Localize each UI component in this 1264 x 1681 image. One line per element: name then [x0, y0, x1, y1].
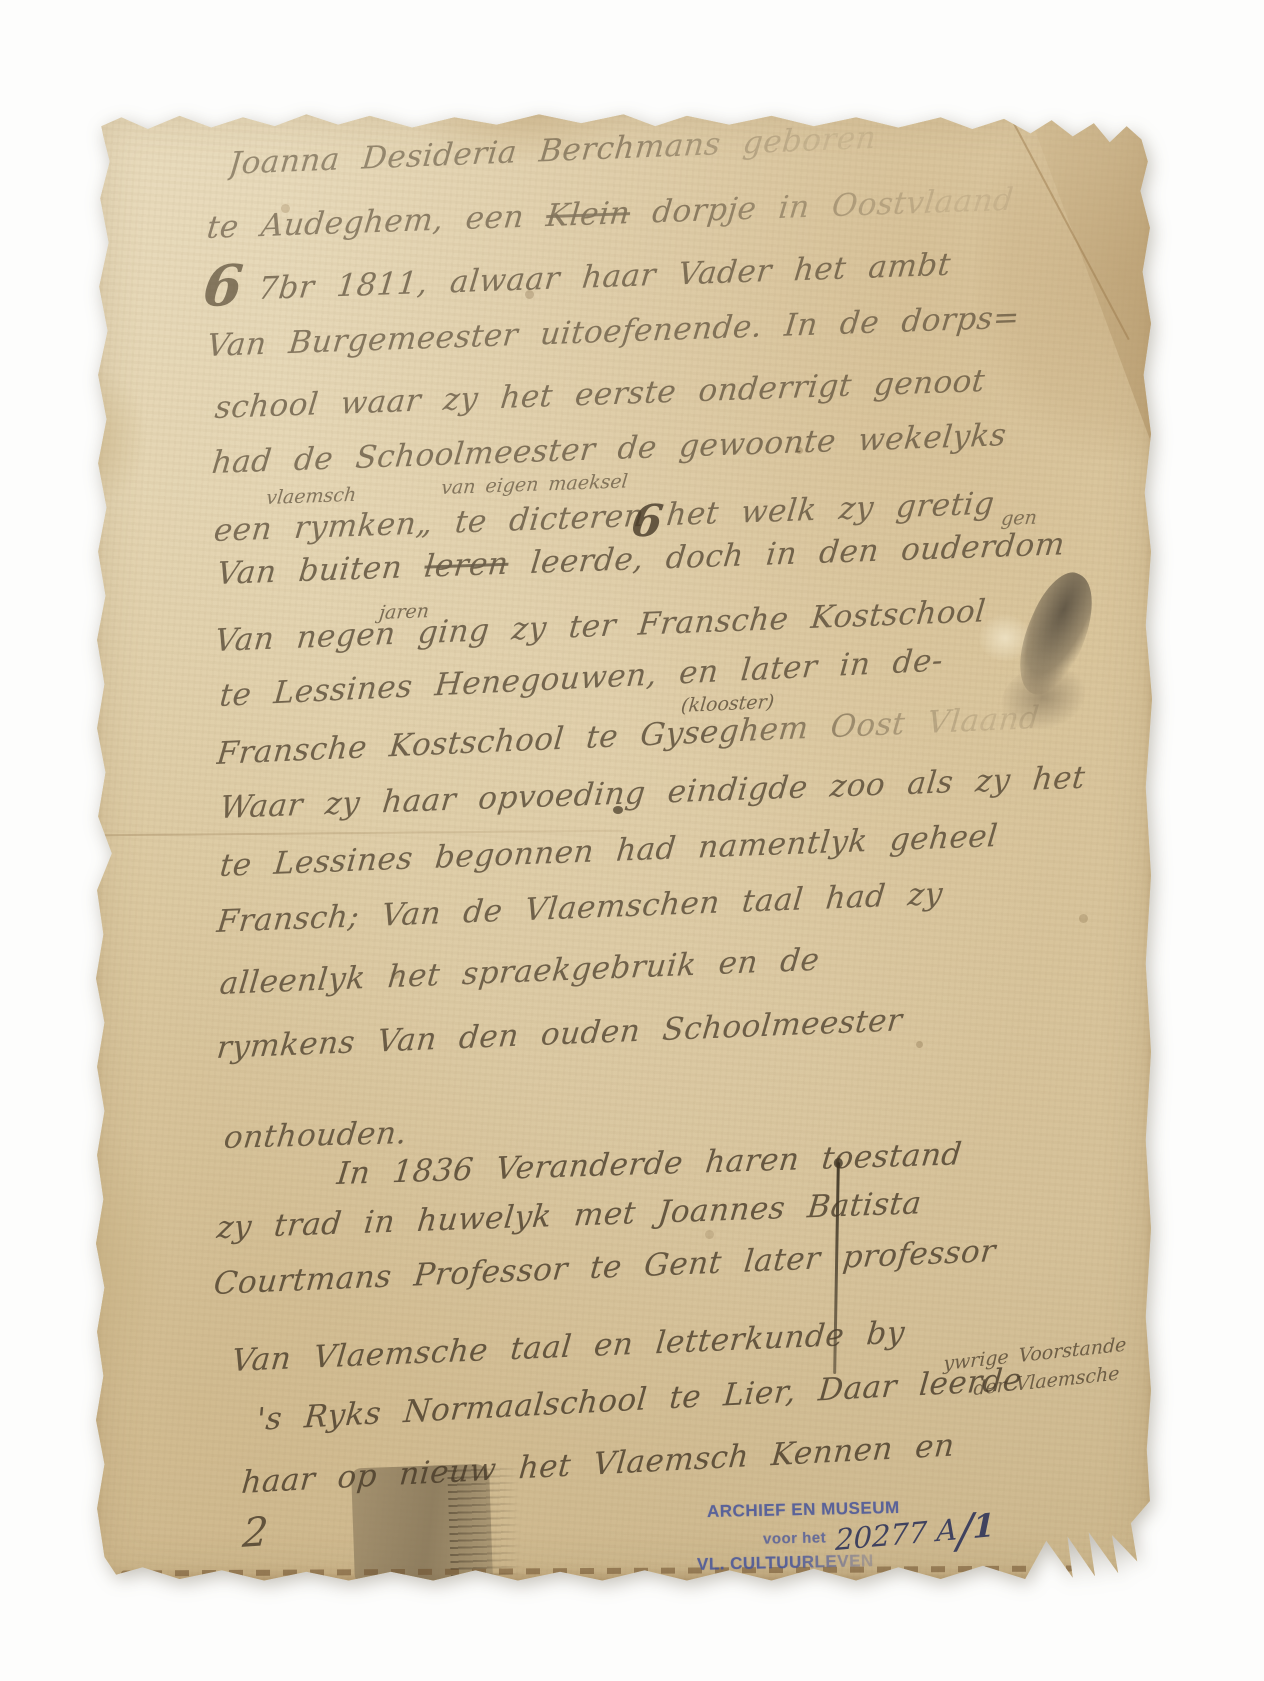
inventory-number-main: 20277 A — [835, 1512, 958, 1557]
struck-word: Klein — [544, 195, 632, 234]
interline-annotation: jaren — [378, 600, 430, 625]
paper-stain — [979, 615, 1031, 661]
manuscript-line: rymkens Van den ouden Schoolmeester — [215, 1002, 904, 1067]
line-text: onthouden. — [222, 1115, 409, 1156]
line-text: 7br 1811, alwaar haar Vader het ambt — [257, 247, 953, 307]
line-text: Van Vlaemsche taal en letterkunde by — [230, 1315, 907, 1379]
line-text: te Audeghem, een — [205, 198, 548, 246]
paper-speckles — [95, 110, 100, 115]
line-text: In 1836 Veranderde haren toestand — [335, 1136, 964, 1192]
interline-annotation: gen — [1000, 507, 1038, 531]
manuscript-line: 67br 1811, alwaar haar Vader het ambt — [201, 234, 954, 311]
aged-paper: Joanna Desideria Berchmans geboren te Au… — [95, 110, 1152, 1582]
annotation-text: jaren — [378, 600, 430, 624]
manuscript-line: Joanna Desideria Berchmans geboren — [227, 120, 878, 183]
line-text: rymkens Van den ouden Schoolmeester — [215, 1002, 904, 1066]
line-text: Joanna Desideria Berchmans geboren — [227, 120, 878, 182]
page-number-text: 2 — [241, 1509, 270, 1557]
water-stain — [95, 372, 145, 502]
interline-annotation: vlaemsch — [265, 484, 357, 510]
line-text: Waar zy haar opvoeding eindigde zoo als … — [218, 760, 1087, 826]
line-text: haar op nieuw het Vlaemsch Kennen en — [240, 1427, 956, 1501]
edge-residue — [121, 1566, 1073, 1577]
manuscript-line: haar op nieuw het Vlaemsch Kennen en — [240, 1427, 956, 1502]
line-text: alleenlyk het spraekgebruik en de — [218, 942, 821, 1002]
crease-line — [1008, 114, 1129, 340]
struck-word: leren — [423, 546, 511, 585]
manuscript-line: school waar zy het eerste onderrigt geno… — [213, 363, 987, 427]
manuscript-line: In 1836 Veranderde haren toestand — [335, 1136, 964, 1193]
line-text: zy trad in huwelyk met Joannes Batista — [215, 1185, 923, 1246]
manuscript-line: Waar zy haar opvoeding eindigde zoo als … — [218, 760, 1087, 828]
page-number: 2 — [241, 1508, 270, 1558]
annotation-text: (klooster) — [680, 691, 775, 717]
folded-corner — [1000, 110, 1152, 445]
paper-sheet: Joanna Desideria Berchmans geboren te Au… — [95, 110, 1152, 1582]
line-text: Van Burgemeester uitoefenende. In de dor… — [205, 299, 1021, 364]
annotation-text: vlaemsch — [265, 484, 357, 509]
large-numeral: 6 — [201, 263, 245, 309]
manuscript-line: Van Vlaemsche taal en letterkunde by — [230, 1315, 907, 1381]
annotation-text: gen — [1000, 507, 1038, 530]
correction-numeral: 6 — [628, 496, 666, 547]
scanned-manuscript-page: Joanna Desideria Berchmans geboren te Au… — [0, 0, 1264, 1681]
inventory-number-slash: / — [957, 1503, 973, 1559]
manuscript-line: zy trad in huwelyk met Joannes Batista — [215, 1185, 923, 1247]
line-text: dorpje in Oostvlaand — [628, 182, 1015, 232]
water-stain — [95, 1130, 167, 1400]
interline-annotation: (klooster) — [680, 691, 775, 718]
interline-annotation: van eigen maeksel — [440, 470, 629, 499]
line-text: Van buiten — [215, 549, 426, 592]
water-stain — [975, 120, 1245, 460]
manuscript-line: Fransche Kostschool te Gyseghem Oost Vla… — [215, 700, 1041, 773]
line-text: Fransche Kostschool te Gyseghem Oost Vla… — [215, 700, 1041, 772]
annotation-text: van eigen maeksel — [440, 470, 629, 499]
manuscript-line: Courtmans Professor te Gent later profes… — [212, 1233, 997, 1303]
line-text: Courtmans Professor te Gent later profes… — [212, 1233, 997, 1302]
inventory-number-suffix: 1 — [972, 1506, 995, 1546]
line-text: Fransch; Van de Vlaemschen taal had zy — [215, 876, 944, 940]
archive-stamp-line2: voor het — [763, 1529, 827, 1547]
line-text: te Lessines begonnen had namentlyk gehee… — [218, 818, 999, 884]
manuscript-line: Van Burgemeester uitoefenende. In de dor… — [205, 299, 1022, 365]
manuscript-line: Fransch; Van de Vlaemschen taal had zy — [215, 876, 945, 941]
manuscript-line: alleenlyk het spraekgebruik en de — [218, 942, 821, 1003]
manuscript-line: te Lessines begonnen had namentlyk gehee… — [218, 818, 1000, 885]
ink-blot — [1003, 564, 1108, 705]
line-text: school waar zy het eerste onderrigt geno… — [213, 363, 987, 426]
manuscript-line: onthouden. — [222, 1115, 409, 1157]
